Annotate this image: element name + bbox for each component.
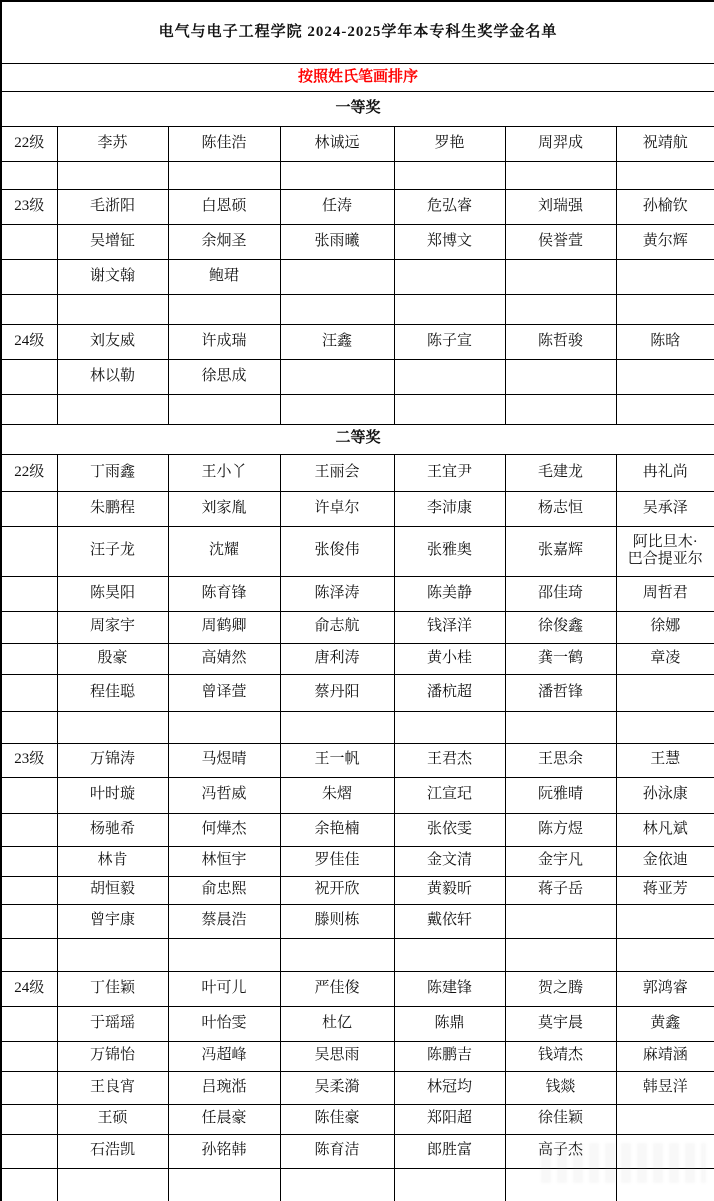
empty-cell [394,161,505,189]
names-row: 杨驰希何燁杰余艳楠张依雯陈方煜林凡斌 [1,813,714,846]
name-cell: 陈方煜 [505,813,616,846]
name-cell: 程佳聪 [57,674,168,711]
name-cell: 郑阳超 [394,1104,505,1134]
name-cell: 万锦怡 [57,1041,168,1071]
names-row: 胡恒毅俞忠熙祝开欣黄毅昕蒋子岳蒋亚芳 [1,876,714,904]
empty-row [1,1168,714,1201]
name-cell: 李苏 [57,126,168,161]
grade-label-cell [1,846,57,876]
name-cell [616,674,714,711]
sort-note-row: 按照姓氏笔画排序 [1,63,714,91]
name-cell: 郭鸿睿 [616,971,714,1006]
name-cell: 麻靖涵 [616,1041,714,1071]
name-cell: 王硕 [57,1104,168,1134]
name-cell: 林以勒 [57,359,168,394]
name-cell: 张雨曦 [280,224,394,259]
name-cell: 严佳俊 [280,971,394,1006]
names-row: 23级毛浙阳白恩硕任涛危弘睿刘瑞强孙榆钦 [1,189,714,224]
empty-cell [280,1168,394,1201]
grade-label-cell: 22级 [1,126,57,161]
grade-label-cell: 24级 [1,324,57,359]
document-sheet: 电气与电子工程学院 2024-2025学年本专科生奖学金名单 按照姓氏笔画排序 … [0,0,714,1201]
grade-label-cell [1,294,57,324]
empty-cell [394,294,505,324]
name-cell [280,359,394,394]
name-cell: 万锦涛 [57,743,168,777]
grade-label-cell [1,1104,57,1134]
name-cell: 王丽会 [280,454,394,491]
empty-cell [168,1168,280,1201]
names-row: 叶时璇冯哲威朱熠江宣玘阮雅晴孙泳康 [1,777,714,813]
name-cell: 王慧 [616,743,714,777]
name-cell: 任涛 [280,189,394,224]
prize-section-header: 一等奖 [1,91,714,126]
name-cell: 徐思成 [168,359,280,394]
name-cell: 陈佳浩 [168,126,280,161]
grade-label-cell [1,876,57,904]
grade-label-cell [1,904,57,938]
names-row: 于瑶瑶叶怡雯杜亿陈鼎莫宇晨黄鑫 [1,1006,714,1041]
grade-label-cell [1,394,57,424]
empty-cell [616,394,714,424]
name-cell: 沈耀 [168,526,280,576]
name-cell: 周家宇 [57,611,168,643]
names-row: 24级丁佳颖叶可儿严佳俊陈建锋贺之腾郭鸿睿 [1,971,714,1006]
name-cell: 金依迪 [616,846,714,876]
names-row: 22级丁雨鑫王小丫王丽会王宜尹毛建龙冉礼尚 [1,454,714,491]
name-cell: 蔡丹阳 [280,674,394,711]
name-cell: 祝靖航 [616,126,714,161]
empty-cell [280,711,394,743]
name-cell: 滕则栋 [280,904,394,938]
name-cell: 金文清 [394,846,505,876]
name-cell: 蒋亚芳 [616,876,714,904]
grade-label-cell [1,1168,57,1201]
name-cell [616,904,714,938]
name-cell: 林冠均 [394,1071,505,1104]
empty-cell [616,938,714,971]
empty-cell [168,711,280,743]
name-cell: 蒋子岳 [505,876,616,904]
name-cell: 王君杰 [394,743,505,777]
name-cell: 丁佳颖 [57,971,168,1006]
empty-cell [616,711,714,743]
name-cell [505,359,616,394]
grade-label-cell [1,643,57,674]
name-cell [616,1134,714,1168]
names-row: 22级李苏陈佳浩林诚远罗艳周羿成祝靖航 [1,126,714,161]
name-cell: 钱泽洋 [394,611,505,643]
names-row: 周家宇周鹤卿俞志航钱泽洋徐俊鑫徐娜 [1,611,714,643]
empty-cell [280,294,394,324]
name-cell: 吴柔漪 [280,1071,394,1104]
empty-cell [616,294,714,324]
name-cell: 龚一鹤 [505,643,616,674]
name-cell: 陈美静 [394,576,505,611]
grade-label-cell [1,1071,57,1104]
name-cell: 白恩硕 [168,189,280,224]
grade-label-cell: 22级 [1,454,57,491]
grade-label-cell [1,1134,57,1168]
name-cell: 胡恒毅 [57,876,168,904]
names-row: 24级刘友威许成瑞汪鑫陈子宣陈哲骏陈晗 [1,324,714,359]
name-cell: 冯超峰 [168,1041,280,1071]
name-cell: 刘瑞强 [505,189,616,224]
page-title: 电气与电子工程学院 2024-2025学年本专科生奖学金名单 [1,1,714,63]
name-cell: 黄尔辉 [616,224,714,259]
grade-label-cell [1,777,57,813]
name-cell: 韩昱洋 [616,1071,714,1104]
name-cell: 杜亿 [280,1006,394,1041]
name-cell: 周鹤卿 [168,611,280,643]
grade-label-cell: 23级 [1,189,57,224]
name-cell [505,259,616,294]
name-cell: 刘友威 [57,324,168,359]
name-cell: 陈晗 [616,324,714,359]
name-cell: 张依雯 [394,813,505,846]
name-cell: 张俊伟 [280,526,394,576]
name-cell: 余炯圣 [168,224,280,259]
name-cell: 孙榆钦 [616,189,714,224]
name-cell: 高子杰 [505,1134,616,1168]
name-cell [616,259,714,294]
name-cell: 陈鼎 [394,1006,505,1041]
name-cell: 谢文翰 [57,259,168,294]
names-row: 23级万锦涛马煜晴王一帆王君杰王思余王慧 [1,743,714,777]
grade-label-cell [1,161,57,189]
table-body: 一等奖22级李苏陈佳浩林诚远罗艳周羿成祝靖航23级毛浙阳白恩硕任涛危弘睿刘瑞强孙… [1,91,714,1201]
name-cell: 刘家胤 [168,491,280,526]
grade-label-cell [1,813,57,846]
empty-cell [57,161,168,189]
name-cell: 贺之腾 [505,971,616,1006]
name-cell: 汪子龙 [57,526,168,576]
name-cell: 唐利涛 [280,643,394,674]
name-cell: 何燁杰 [168,813,280,846]
name-cell: 陈哲骏 [505,324,616,359]
name-cell: 潘哲锋 [505,674,616,711]
name-cell: 黄毅昕 [394,876,505,904]
name-cell: 陈鹏吉 [394,1041,505,1071]
names-row: 王良宵吕琬湉吴柔漪林冠均钱燚韩昱洋 [1,1071,714,1104]
name-cell: 戴依轩 [394,904,505,938]
empty-cell [168,294,280,324]
name-cell: 鲍珺 [168,259,280,294]
name-cell: 丁雨鑫 [57,454,168,491]
name-cell: 殷豪 [57,643,168,674]
grade-label-cell [1,1041,57,1071]
name-cell: 杨驰希 [57,813,168,846]
name-cell: 钱燚 [505,1071,616,1104]
names-row: 林肯林恒宇罗佳佳金文清金宇凡金依迪 [1,846,714,876]
name-cell: 阮雅晴 [505,777,616,813]
name-cell: 王良宵 [57,1071,168,1104]
name-cell: 金宇凡 [505,846,616,876]
name-cell: 陈昊阳 [57,576,168,611]
name-cell: 于瑶瑶 [57,1006,168,1041]
names-row: 王硕任晨豪陈佳豪郑阳超徐佳颖 [1,1104,714,1134]
name-cell: 林凡斌 [616,813,714,846]
names-row: 殷豪高婧然唐利涛黄小桂龚一鹤章凌 [1,643,714,674]
name-cell: 马煜晴 [168,743,280,777]
names-row: 吴增钲余炯圣张雨曦郑博文侯誉萱黄尔辉 [1,224,714,259]
name-cell: 许卓尔 [280,491,394,526]
empty-cell [505,938,616,971]
name-cell: 郑博文 [394,224,505,259]
name-cell: 王宜尹 [394,454,505,491]
name-cell: 陈建锋 [394,971,505,1006]
grade-label-cell [1,359,57,394]
name-cell [616,1104,714,1134]
name-cell: 李沛康 [394,491,505,526]
names-row: 谢文翰鲍珺 [1,259,714,294]
name-cell: 叶可儿 [168,971,280,1006]
empty-cell [57,1168,168,1201]
name-cell: 任晨豪 [168,1104,280,1134]
name-cell: 章凌 [616,643,714,674]
name-cell: 张雅奥 [394,526,505,576]
name-cell: 陈佳豪 [280,1104,394,1134]
name-cell: 陈子宣 [394,324,505,359]
prize-section-header: 二等奖 [1,424,714,454]
name-cell: 危弘睿 [394,189,505,224]
name-cell: 俞忠熙 [168,876,280,904]
name-cell [394,259,505,294]
empty-cell [616,161,714,189]
empty-cell [394,711,505,743]
name-cell: 毛浙阳 [57,189,168,224]
empty-cell [616,1168,714,1201]
names-row: 汪子龙沈耀张俊伟张雅奥张嘉辉阿比旦木· 巴合提亚尔 [1,526,714,576]
empty-cell [505,711,616,743]
name-cell: 毛建龙 [505,454,616,491]
name-cell: 张嘉辉 [505,526,616,576]
name-cell: 孙泳康 [616,777,714,813]
name-cell: 潘杭超 [394,674,505,711]
name-cell: 徐娜 [616,611,714,643]
name-cell: 叶时璇 [57,777,168,813]
grade-label-cell [1,259,57,294]
grade-label-cell [1,576,57,611]
empty-cell [57,394,168,424]
name-cell: 冯哲威 [168,777,280,813]
empty-row [1,394,714,424]
name-cell: 曾宇康 [57,904,168,938]
name-cell: 王一帆 [280,743,394,777]
name-cell: 林诚远 [280,126,394,161]
name-cell: 邵佳琦 [505,576,616,611]
name-cell: 陈育洁 [280,1134,394,1168]
names-row: 陈昊阳陈育锋陈泽涛陈美静邵佳琦周哲君 [1,576,714,611]
grade-label-cell: 24级 [1,971,57,1006]
empty-cell [505,1168,616,1201]
name-cell: 王小丫 [168,454,280,491]
name-cell: 冉礼尚 [616,454,714,491]
names-row: 石浩凯孙铭韩陈育洁郎胜富高子杰 [1,1134,714,1168]
grade-label-cell [1,938,57,971]
empty-cell [57,711,168,743]
names-row: 曾宇康蔡晨浩滕则栋戴依轩 [1,904,714,938]
name-cell: 叶怡雯 [168,1006,280,1041]
name-cell: 吕琬湉 [168,1071,280,1104]
name-cell: 黄小桂 [394,643,505,674]
name-cell [280,259,394,294]
empty-cell [57,294,168,324]
name-cell: 孙铭韩 [168,1134,280,1168]
names-row: 朱鹏程刘家胤许卓尔李沛康杨志恒吴承泽 [1,491,714,526]
name-cell: 俞志航 [280,611,394,643]
empty-cell [505,294,616,324]
name-cell: 侯誉萱 [505,224,616,259]
grade-label-cell [1,611,57,643]
empty-cell [505,394,616,424]
name-cell: 吴承泽 [616,491,714,526]
scholarship-table: 电气与电子工程学院 2024-2025学年本专科生奖学金名单 按照姓氏笔画排序 … [0,0,714,1201]
name-cell: 江宣玘 [394,777,505,813]
empty-cell [280,938,394,971]
name-cell: 朱鹏程 [57,491,168,526]
name-cell: 余艳楠 [280,813,394,846]
empty-cell [394,394,505,424]
empty-row [1,161,714,189]
names-row: 万锦怡冯超峰吴思雨陈鹏吉钱靖杰麻靖涵 [1,1041,714,1071]
name-cell: 黄鑫 [616,1006,714,1041]
grade-label-cell: 23级 [1,743,57,777]
empty-cell [280,394,394,424]
name-cell: 祝开欣 [280,876,394,904]
sort-note: 按照姓氏笔画排序 [1,63,714,91]
name-cell: 林肯 [57,846,168,876]
name-cell: 徐佳颖 [505,1104,616,1134]
name-cell: 林恒宇 [168,846,280,876]
empty-cell [168,938,280,971]
title-row: 电气与电子工程学院 2024-2025学年本专科生奖学金名单 [1,1,714,63]
grade-label-cell [1,1006,57,1041]
grade-label-cell [1,491,57,526]
name-cell: 朱熠 [280,777,394,813]
name-cell: 曾译萱 [168,674,280,711]
name-cell: 王思余 [505,743,616,777]
empty-cell [280,161,394,189]
name-cell: 周羿成 [505,126,616,161]
name-cell: 罗佳佳 [280,846,394,876]
name-cell: 徐俊鑫 [505,611,616,643]
empty-cell [168,161,280,189]
name-cell: 罗艳 [394,126,505,161]
section-row: 二等奖 [1,424,714,454]
name-cell: 陈泽涛 [280,576,394,611]
name-cell: 周哲君 [616,576,714,611]
empty-row [1,938,714,971]
name-cell: 汪鑫 [280,324,394,359]
empty-cell [168,394,280,424]
name-cell: 阿比旦木· 巴合提亚尔 [616,526,714,576]
empty-cell [394,938,505,971]
name-cell: 郎胜富 [394,1134,505,1168]
name-cell: 吴增钲 [57,224,168,259]
grade-label-cell [1,526,57,576]
grade-label-cell [1,224,57,259]
empty-cell [505,161,616,189]
empty-row [1,711,714,743]
empty-cell [394,1168,505,1201]
grade-label-cell [1,674,57,711]
name-cell: 莫宇晨 [505,1006,616,1041]
name-cell [505,904,616,938]
name-cell: 杨志恒 [505,491,616,526]
name-cell: 蔡晨浩 [168,904,280,938]
name-cell: 石浩凯 [57,1134,168,1168]
names-row: 程佳聪曾译萱蔡丹阳潘杭超潘哲锋 [1,674,714,711]
grade-label-cell [1,711,57,743]
name-cell: 高婧然 [168,643,280,674]
empty-cell [57,938,168,971]
section-row: 一等奖 [1,91,714,126]
name-cell [616,359,714,394]
empty-row [1,294,714,324]
name-cell: 钱靖杰 [505,1041,616,1071]
name-cell [394,359,505,394]
name-cell: 吴思雨 [280,1041,394,1071]
name-cell: 陈育锋 [168,576,280,611]
names-row: 林以勒徐思成 [1,359,714,394]
name-cell: 许成瑞 [168,324,280,359]
